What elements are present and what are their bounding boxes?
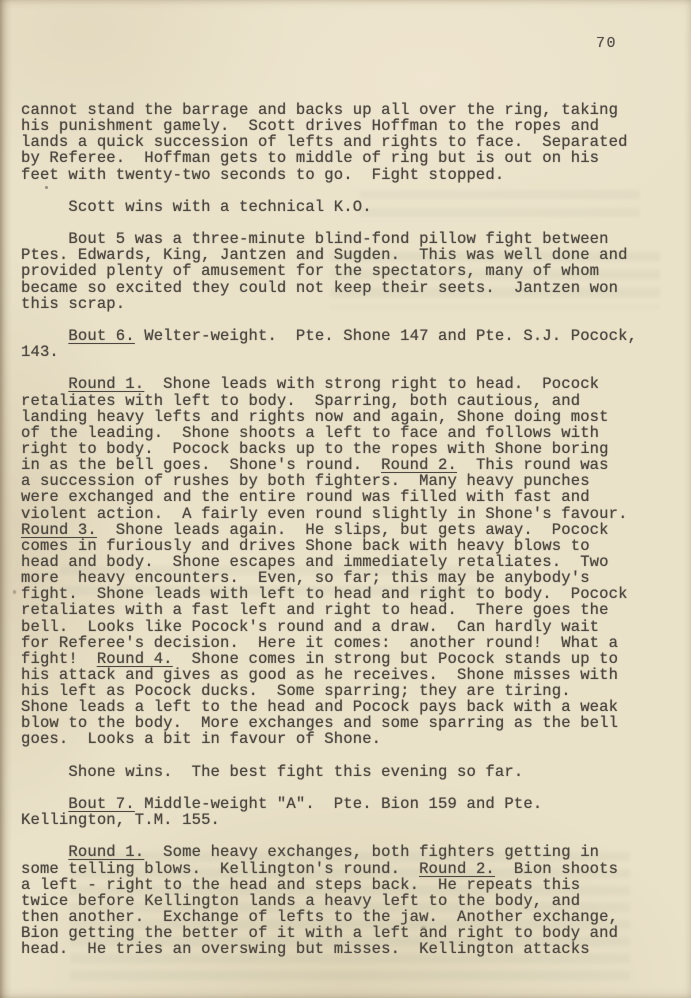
text-line: feet with twenty-two seconds to go. Figh… — [21, 167, 637, 183]
text-line: a succession of rushes by both fighters.… — [21, 473, 637, 489]
text-segment: 143. — [21, 343, 59, 361]
text-line: head and body. Shone escapes and immedia… — [21, 554, 637, 570]
text-line: fight! Round 4. Shone comes in strong bu… — [21, 651, 637, 667]
text-segment: head. He tries an overswing but misses. … — [21, 940, 590, 958]
text-line: bell. Looks like Pocock's round and a dr… — [21, 619, 637, 635]
text-line: landing heavy lefts and rights now and a… — [21, 409, 637, 425]
text-line: his attack and gives as good as he recei… — [21, 667, 637, 683]
text-line: Shone wins. The best fight this evening … — [21, 764, 637, 780]
text-line: violent action. A fairly even round slig… — [21, 506, 637, 522]
text-line: by Referee. Hoffman gets to middle of ri… — [21, 150, 637, 166]
text-line: of the leading. Shone shoots a left to f… — [21, 425, 637, 441]
text-line: Bion getting the better of it with a lef… — [21, 925, 637, 941]
text-line: Bout 6. Welter-weight. Pte. Shone 147 an… — [21, 328, 637, 344]
page-number: 70 — [596, 36, 617, 52]
text-line: Round 1. Shone leads with strong right t… — [21, 376, 637, 392]
text-line: Bout 5 was a three-minute blind-fond pil… — [21, 231, 637, 247]
text-line: lands a quick succession of lefts and ri… — [21, 134, 637, 150]
text-line: Bout 7. Middle-weight "A". Pte. Bion 159… — [21, 796, 637, 812]
text-line: 143. — [21, 344, 637, 360]
document-page: 70 cannot stand the barrage and backs up… — [0, 0, 691, 998]
text-line: Round 1. Some heavy exchanges, both figh… — [21, 844, 637, 860]
text-line: retaliates with a fast left and right to… — [21, 602, 637, 618]
text-line: fight. Shone leads with left to head and… — [21, 586, 637, 602]
text-line: Scott wins with a technical K.O. — [21, 199, 637, 215]
paragraph: Shone wins. The best fight this evening … — [21, 764, 637, 780]
text-segment: Welter-weight. Pte. Shone 147 and Pte. S… — [135, 327, 637, 345]
text-line: became so excited they could not keep th… — [21, 280, 637, 296]
text-segment: Scott wins with a technical K.O. — [21, 198, 372, 216]
text-segment: goes. Looks a bit in favour of Shone. — [21, 730, 381, 748]
text-line: his punishment gamely. Scott drives Hoff… — [21, 118, 637, 134]
text-line: a left - right to the head and steps bac… — [21, 877, 637, 893]
text-line: more heavy encounters. Even, so far; thi… — [21, 570, 637, 586]
paragraph: Scott wins with a technical K.O. — [21, 199, 637, 215]
text-line: some telling blows. Kellington's round. … — [21, 861, 637, 877]
paragraph: Bout 5 was a three-minute blind-fond pil… — [21, 231, 637, 312]
paragraph: Bout 7. Middle-weight "A". Pte. Bion 159… — [21, 796, 637, 828]
text-line: retaliates with left to body. Sparring, … — [21, 393, 637, 409]
text-line: twice before Kellington lands a heavy le… — [21, 893, 637, 909]
paragraph: Round 1. Shone leads with strong right t… — [21, 376, 637, 747]
text-segment: feet with twenty-two seconds to go. Figh… — [21, 166, 504, 184]
text-line: cannot stand the barrage and backs up al… — [21, 102, 637, 118]
text-line: for Referee's decision. Here it comes: a… — [21, 635, 637, 651]
text-line: then another. Exchange of lefts to the j… — [21, 909, 637, 925]
text-line: provided plenty of amusement for the spe… — [21, 263, 637, 279]
text-line: goes. Looks a bit in favour of Shone. — [21, 731, 637, 747]
text-line: this scrap. — [21, 296, 637, 312]
text-segment: Shone wins. The best fight this evening … — [21, 763, 523, 781]
text-line: in as the bell goes. Shone's round. Roun… — [21, 457, 637, 473]
paragraph: Round 1. Some heavy exchanges, both figh… — [21, 844, 637, 957]
text-line: head. He tries an overswing but misses. … — [21, 941, 637, 957]
text-line: Kellington, T.M. 155. — [21, 812, 637, 828]
paragraph: Bout 6. Welter-weight. Pte. Shone 147 an… — [21, 328, 637, 360]
paragraph: cannot stand the barrage and backs up al… — [21, 102, 637, 183]
text-line: his left as Pocock ducks. Some sparring;… — [21, 683, 637, 699]
text-line: right to body. Pocock backs up to the ro… — [21, 441, 637, 457]
text-segment: this scrap. — [21, 295, 125, 313]
text-line: Shone leads a left to the head and Pococ… — [21, 699, 637, 715]
text-line: Round 3. Shone leads again. He slips, bu… — [21, 522, 637, 538]
text-segment: Kellington, T.M. 155. — [21, 811, 220, 829]
underlined-heading: Bout 6. — [68, 327, 134, 345]
text-line: comes in furiously and drives Shone back… — [21, 538, 637, 554]
document-body: cannot stand the barrage and backs up al… — [21, 102, 637, 974]
text-line: Ptes. Edwards, King, Jantzen and Sugden.… — [21, 247, 637, 263]
text-line: were exchanged and the entire round was … — [21, 489, 637, 505]
ink-speck — [13, 590, 16, 594]
